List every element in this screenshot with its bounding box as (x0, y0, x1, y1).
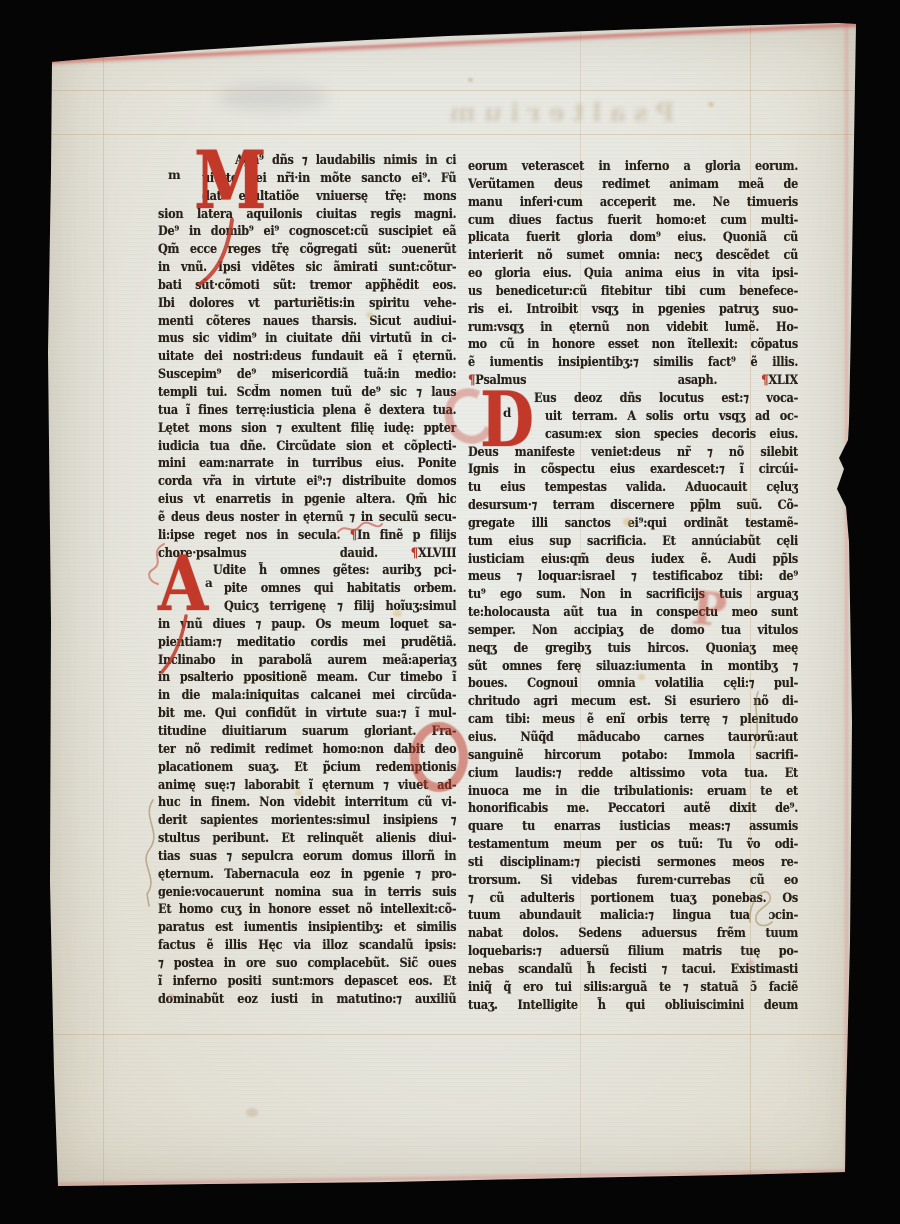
text-line: us benedicetur:cũ fitebitur tibi cum ben… (468, 283, 798, 301)
text-line: factus ẽ illis Hęc via illoz scandalũ ip… (158, 937, 456, 955)
ghost-running-title: Psalterium (358, 98, 758, 127)
text-line: testamentum meum per os tuũ: Tu ṽo odi- (468, 836, 798, 854)
text-line: sti disciplinam:⁊ piecisti sermones meos… (468, 854, 798, 872)
text-line: tuaʒ. Intelligite h̃ qui obliuiscimini d… (468, 997, 798, 1015)
text-line: ęternum. Tabernacula eoz in pgenie ⁊ pro… (158, 866, 456, 884)
text-line: Ignis in cõspectu eius exardescet:⁊ ĩ ci… (468, 461, 798, 479)
red-flourish (336, 518, 386, 540)
manuscript-leaf: Psalterium Agn⁹ dñs ⁊ laudabilis nimis i… (48, 22, 858, 1186)
frame-line-vertical (103, 22, 104, 1186)
red-stained-edge-bottom (52, 1168, 852, 1186)
text-line: huc in finem. Non videbit interritum cũ … (158, 794, 456, 812)
text-line: tu⁹ ego sum. Non in sacrificijs tuis arg… (468, 586, 798, 604)
text-line: ⁊ postea in ore suo complacebũt. Sic̃ ou… (158, 955, 456, 973)
text-line: Verũtamen deus redimet animam meã de (468, 176, 798, 194)
fox-spot (246, 1108, 258, 1117)
text-line: titudine diuitiarum suarum gloriant. Fra… (158, 723, 456, 741)
text-line: corda vr̃a in virtute ei⁹:⁊ distribuite … (158, 473, 456, 491)
text-line: cium laudis:⁊ redde altissimo vota tua. … (468, 765, 798, 783)
text-line: neqʒ de gregibʒ tuis hircos. Quoniaʒ meę (468, 640, 798, 658)
text-line: rum:vsqʒ in ęternũ non videbit lumẽ. Ho- (468, 319, 798, 337)
text-line: loquebaris:⁊ aduersũ filium matris tuę p… (468, 943, 798, 961)
text-line: mus sic vidim⁹ in ciuitate dñi virtutũ i… (158, 330, 456, 348)
text-line: meus ⁊ loquar:israel ⁊ testificaboz tibi… (468, 568, 798, 586)
initial-m-flourish (198, 218, 236, 288)
guide-letter-m: m (168, 168, 181, 182)
guide-letter-a: a (205, 576, 213, 590)
text-line: bit me. Qui confidũt in virtute sua:⁊ ĩ … (158, 705, 456, 723)
text-line: templi tui. Scd̃m nomen tuũ de⁹ sic ⁊ la… (158, 384, 456, 402)
text-line: plicata fuerit gloria dom⁹ eius. Quoniã … (468, 229, 798, 247)
text-line: iniq̃ q̃ ero tui silis:arguã te ⁊ statuã… (468, 979, 798, 997)
guide-letter-d: d (503, 406, 511, 420)
text-line: mo cũ in honore esset non ĩtellexit: cõp… (468, 336, 798, 354)
text-line: inuoca me in die tribulationis: eruam te… (468, 783, 798, 801)
text-line: ẽ deus deus noster in ęternũ ⁊ in seculũ… (158, 509, 456, 527)
photo-background: { "leaf": { "ghost_title": "Psalterium",… (0, 0, 900, 1224)
text-line: nebas scandalũ h̃ fecisti ⁊ tacui. Exist… (468, 961, 798, 979)
text-line: menti cõteres naues tharsis. Sicut audiu… (158, 313, 456, 331)
text-line: tias suas ⁊ sepulcra eorum domus illorñ … (158, 848, 456, 866)
text-line: eius vt enarretis in pgenie altera. Qm̃ … (158, 491, 456, 509)
red-offset-letter-p: P (690, 585, 728, 634)
text-line: animę suę:⁊ laborabit ĩ ęternum ⁊ viuet … (158, 777, 456, 795)
red-stained-edge-top (48, 22, 882, 66)
text-line: ẽ iumentis insipientibʒ:⁊ similis fact⁹ … (468, 354, 798, 372)
text-line: stultus peribunt. Et relinquẽt alienis d… (158, 830, 456, 848)
text-line: sũt omnes ferę siluaz:iumenta in montibʒ… (468, 658, 798, 676)
smudge-mark (218, 84, 328, 110)
text-line: Suscepim⁹ de⁹ misericordiã tuã:in medio: (158, 366, 456, 384)
frame-line-horizontal (48, 1034, 858, 1035)
text-line: iusticiam eius:qm̃ deus iudex ẽ. Audi pp… (468, 551, 798, 569)
pilcrow-rubric: ¶ (761, 372, 768, 388)
margin-flourish (748, 690, 768, 752)
frame-line-horizontal (48, 90, 858, 91)
text-line: interierit nõ sumet omnia: necʒ descẽdet… (468, 247, 798, 265)
margin-flourish (746, 882, 776, 932)
text-line: eorum veterascet in inferno a gloria eor… (468, 158, 798, 176)
text-line: manu inferi·cum acceperit me. Ne timueri… (468, 194, 798, 212)
text-line: paratus est iumentis insipientibʒ: et si… (158, 919, 456, 937)
text-line: honorificabis me. Peccatori autẽ dixit d… (468, 800, 798, 818)
text-line: Ibi dolores vt parturiẽtis:in spiritu ve… (158, 295, 456, 313)
initial-a-flourish (160, 614, 190, 676)
fox-spot (468, 78, 473, 82)
text-line: te:holocausta aũt tua in conspectu meo s… (468, 604, 798, 622)
text-line: Inclinabo in parabolã aurem meã:aperiaʒ (158, 652, 456, 670)
text-line: iudicia tua dñe. Circũdate sion et cõple… (158, 438, 456, 456)
text-line: genie:vocauerunt nomina sua in terris su… (158, 884, 456, 902)
text-line: in die mala:iniquitas calcanei mei circũ… (158, 687, 456, 705)
text-line: ris ei. Introibit vsqʒ in pgenies patruʒ… (468, 301, 798, 319)
text-line: tum eius sup sacrificia. Et annúciabũt c… (468, 533, 798, 551)
text-line: eo gloria eius. Quia anima eius in vita … (468, 265, 798, 283)
text-line: ĩ inferno positi sunt:mors depascet eos.… (158, 973, 456, 991)
text-line: tu eius tempestas valida. Aduocauit cęlu… (468, 479, 798, 497)
red-flourish (144, 542, 172, 588)
red-stained-edge-right (843, 22, 848, 1186)
text-line: Lętet mons sion ⁊ exultent filię iudę: p… (158, 420, 456, 438)
pilcrow-rubric: ¶ (411, 545, 418, 561)
text-line: Et homo cuʒ in honore esset nõ intellexi… (158, 901, 456, 919)
text-line: desursum·⁊ terram discernere pp̃lm suũ. … (468, 497, 798, 515)
text-line: uitate dei nostri:deus fundauit eã ĩ ęte… (158, 348, 456, 366)
text-line: dominabũt eoz iusti in matutino:⁊ auxili… (158, 991, 456, 1009)
frame-line-horizontal (48, 134, 858, 135)
text-line: derit sapientes morientes:simul insipien… (158, 812, 456, 830)
margin-flourish (139, 798, 167, 910)
red-offset-ring (410, 722, 468, 792)
text-line: mini eam:narrate in turribus eius. Ponit… (158, 455, 456, 473)
text-line: cum diues factus fuerit homo:et cum mult… (468, 212, 798, 230)
text-line: semper. Non accipiaʒ de domo tua vitulos (468, 622, 798, 640)
text-line: pientiam:⁊ meditatio cordis mei prudẽtiã… (158, 634, 456, 652)
pilcrow-rubric: ¶ (468, 372, 475, 388)
text-line: gregate illi sanctos ei⁹:qui ordinãt tes… (468, 515, 798, 533)
text-line: tua ĩ fines terrę:iusticia plena ẽ dexte… (158, 402, 456, 420)
text-line: quare tu enarras iusticias meas:⁊ assumi… (468, 818, 798, 836)
versal-initial-m: M (194, 140, 267, 220)
text-line: in psalterio ppositionẽ meam. Cur timebo… (158, 669, 456, 687)
